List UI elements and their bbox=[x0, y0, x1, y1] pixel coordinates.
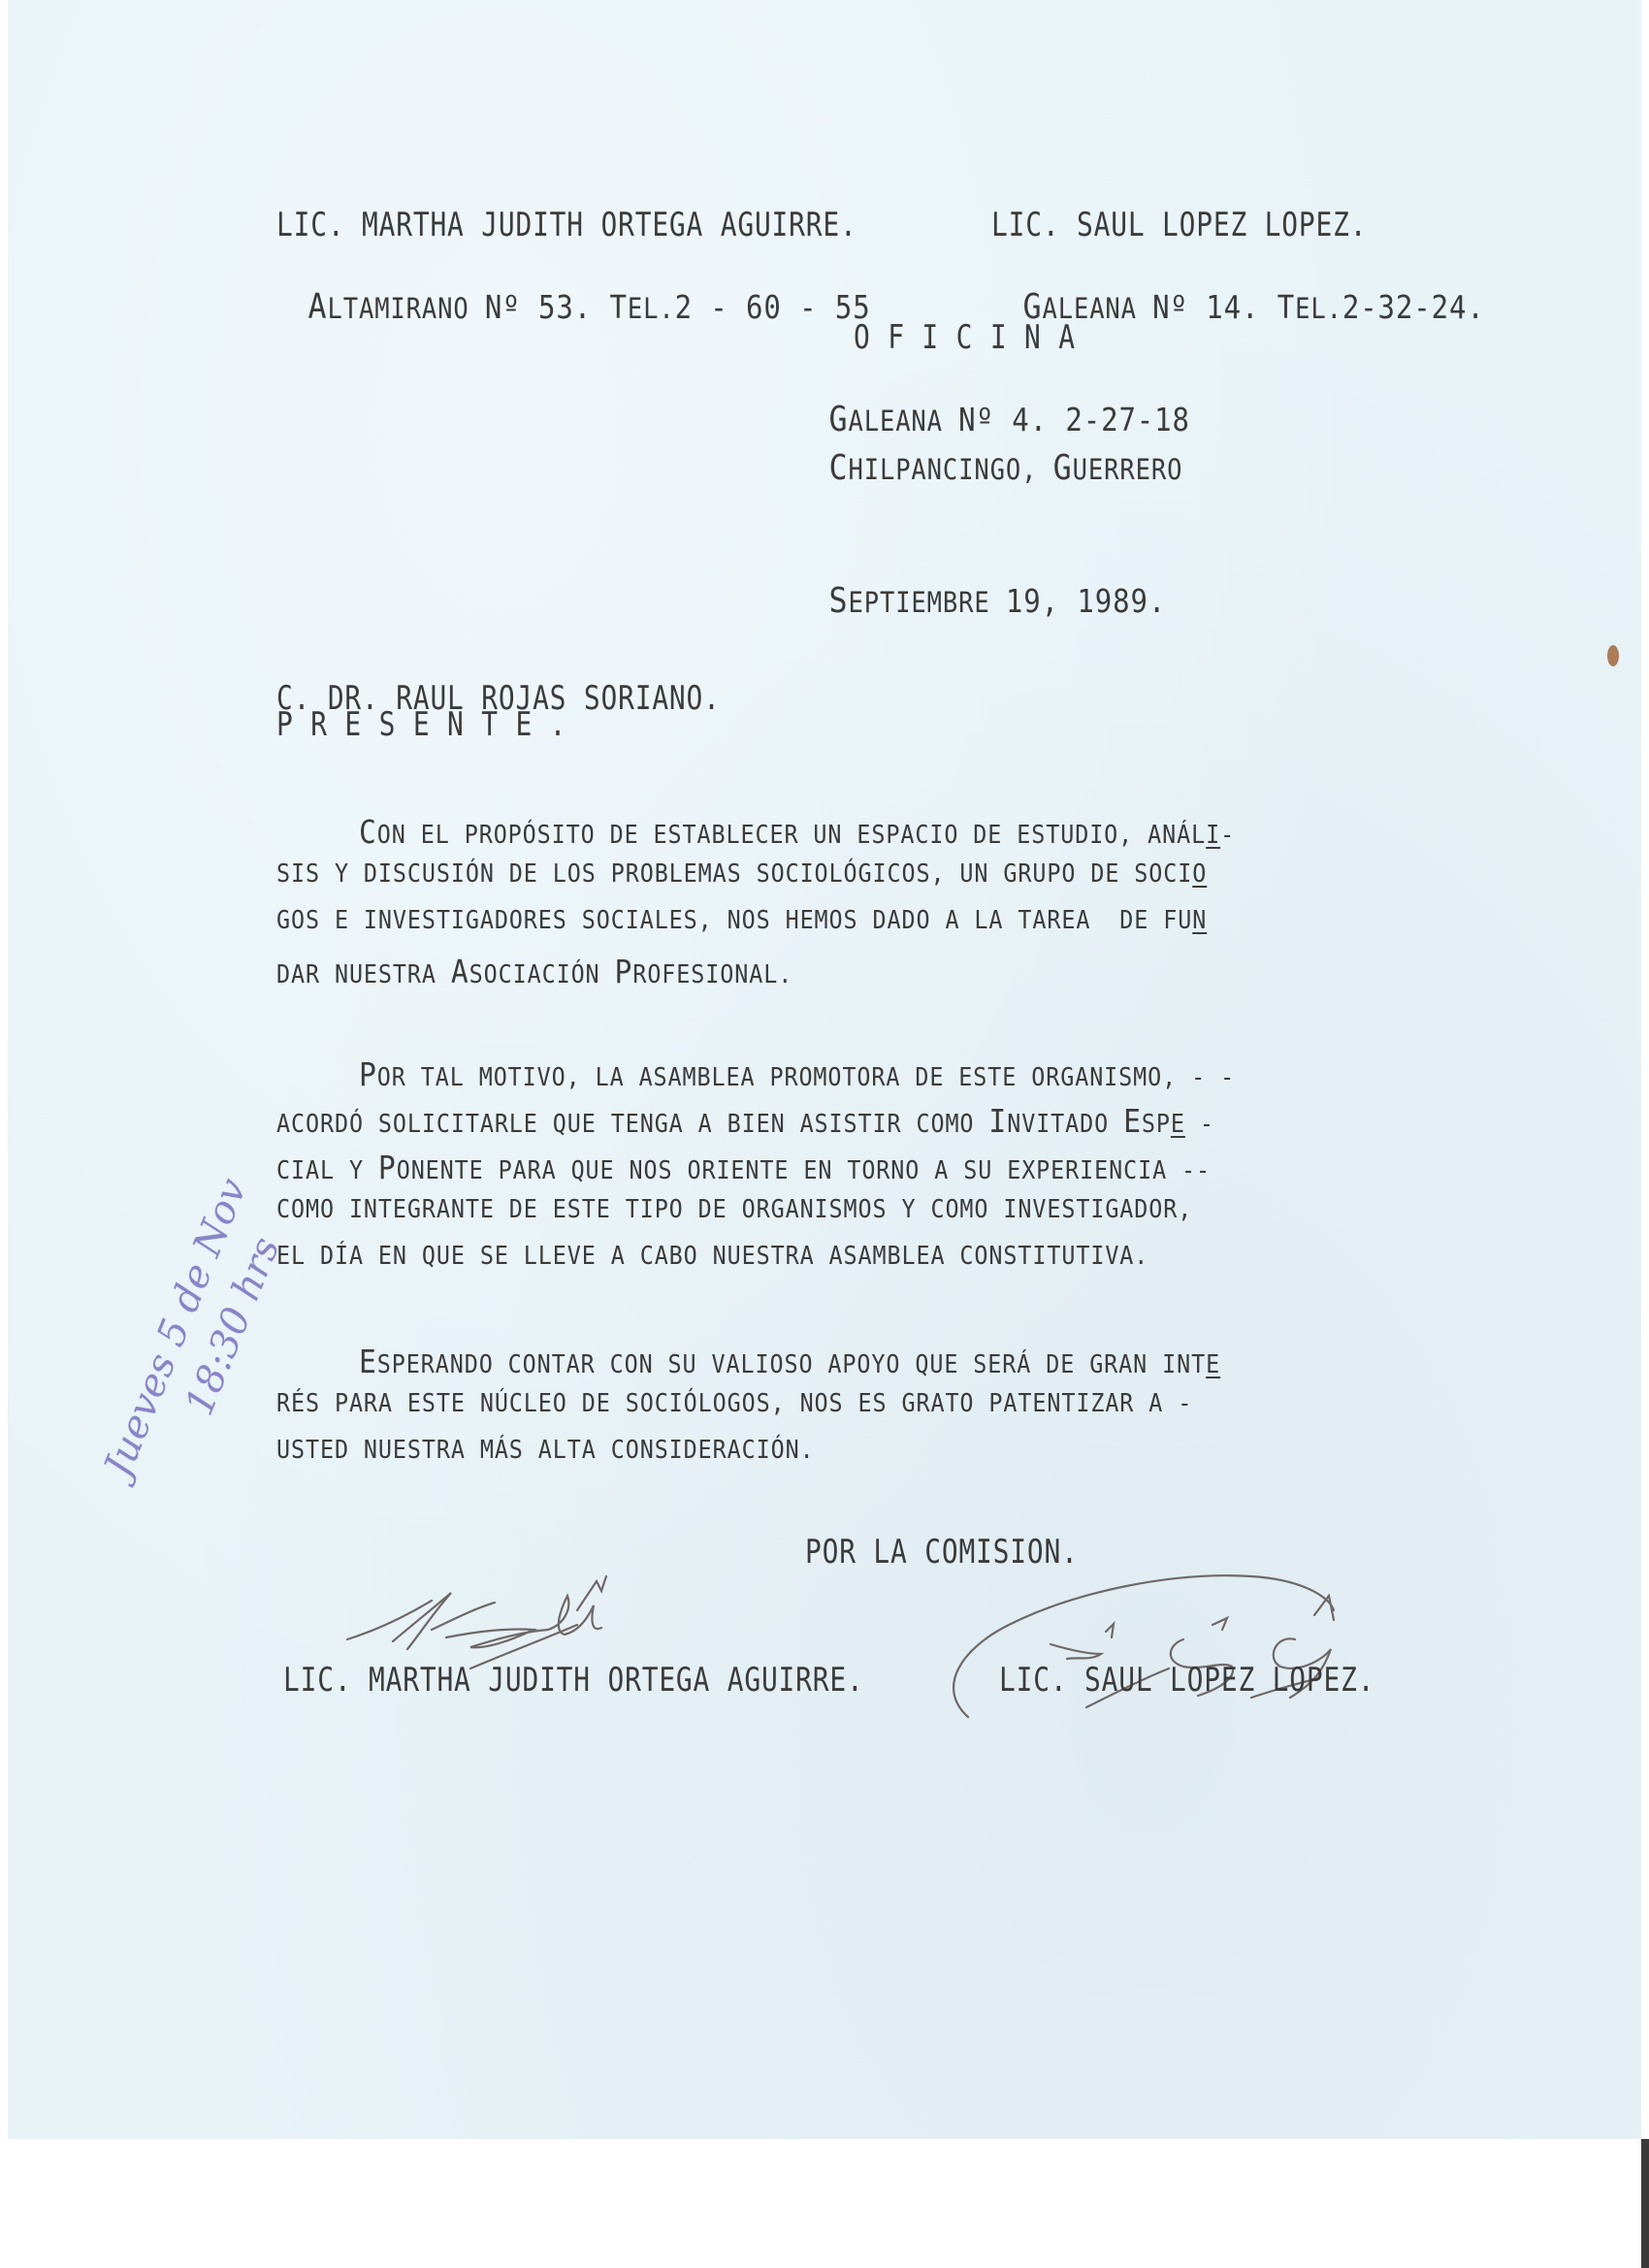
scanner-edge bbox=[1641, 2139, 1649, 2268]
body-line: GOS E INVESTIGADORES SOCIALES, NOS HEMOS… bbox=[276, 906, 1207, 935]
body-line: RÉS PARA ESTE NÚCLEO DE SOCIÓLOGOS, NOS … bbox=[276, 1389, 1192, 1418]
body-line: ESPERANDO CONTAR CON SU VALIOSO APOYO QU… bbox=[359, 1343, 1220, 1380]
letterhead-left-address: ALTAMIRANO Nº 53. TEL.2 - 60 - 55 bbox=[276, 254, 871, 327]
office-title: O F I C I N A bbox=[854, 318, 1076, 357]
signature-saul bbox=[931, 1552, 1377, 1736]
office-city: CHILPANCINGO, GUERRERO bbox=[797, 415, 1182, 488]
left-address-rest: LTAMIRANO bbox=[327, 292, 484, 325]
body-line: POR TAL MOTIVO, LA ASAMBLEA PROMOTORA DE… bbox=[359, 1055, 1235, 1093]
recipient-salutation: P R E S E N T E . bbox=[276, 705, 566, 744]
body-line: CON EL PROPÓSITO DE ESTABLECER UN ESPACI… bbox=[359, 813, 1235, 851]
body-line: CIAL Y PONENTE PARA QUE NOS ORIENTE EN T… bbox=[276, 1149, 1211, 1186]
body-line: DAR NUESTRA ASOCIACIÓN PROFESIONAL. bbox=[276, 953, 792, 990]
body-line: USTED NUESTRA MÁS ALTA CONSIDERACIÓN. bbox=[276, 1436, 815, 1465]
letterhead-right-name: LIC. SAUL LOPEZ LOPEZ. bbox=[991, 206, 1367, 244]
body-line: SIS Y DISCUSIÓN DE LOS PROBLEMAS SOCIOLÓ… bbox=[276, 859, 1207, 889]
letter-date: SEPTIEMBRE 19, 1989. bbox=[797, 548, 1166, 621]
body-line: COMO INTEGRANTE DE ESTE TIPO DE ORGANISM… bbox=[276, 1195, 1192, 1224]
body-line: EL DÍA EN QUE SE LLEVE A CABO NUESTRA AS… bbox=[276, 1242, 1148, 1271]
letterhead-left-name: LIC. MARTHA JUDITH ORTEGA AGUIRRE. bbox=[276, 206, 857, 244]
paper-stain bbox=[1607, 645, 1619, 666]
signatory-name-saul: LIC. SAUL LOPEZ LOPEZ. bbox=[999, 1661, 1374, 1700]
letterhead-right-address: GALEANA Nº 14. TEL.2-32-24. bbox=[991, 254, 1485, 327]
signatory-name-martha: LIC. MARTHA JUDITH ORTEGA AGUIRRE. bbox=[283, 1661, 864, 1700]
body-line: ACORDÓ SOLICITARLE QUE TENGA A BIEN ASIS… bbox=[276, 1102, 1214, 1140]
